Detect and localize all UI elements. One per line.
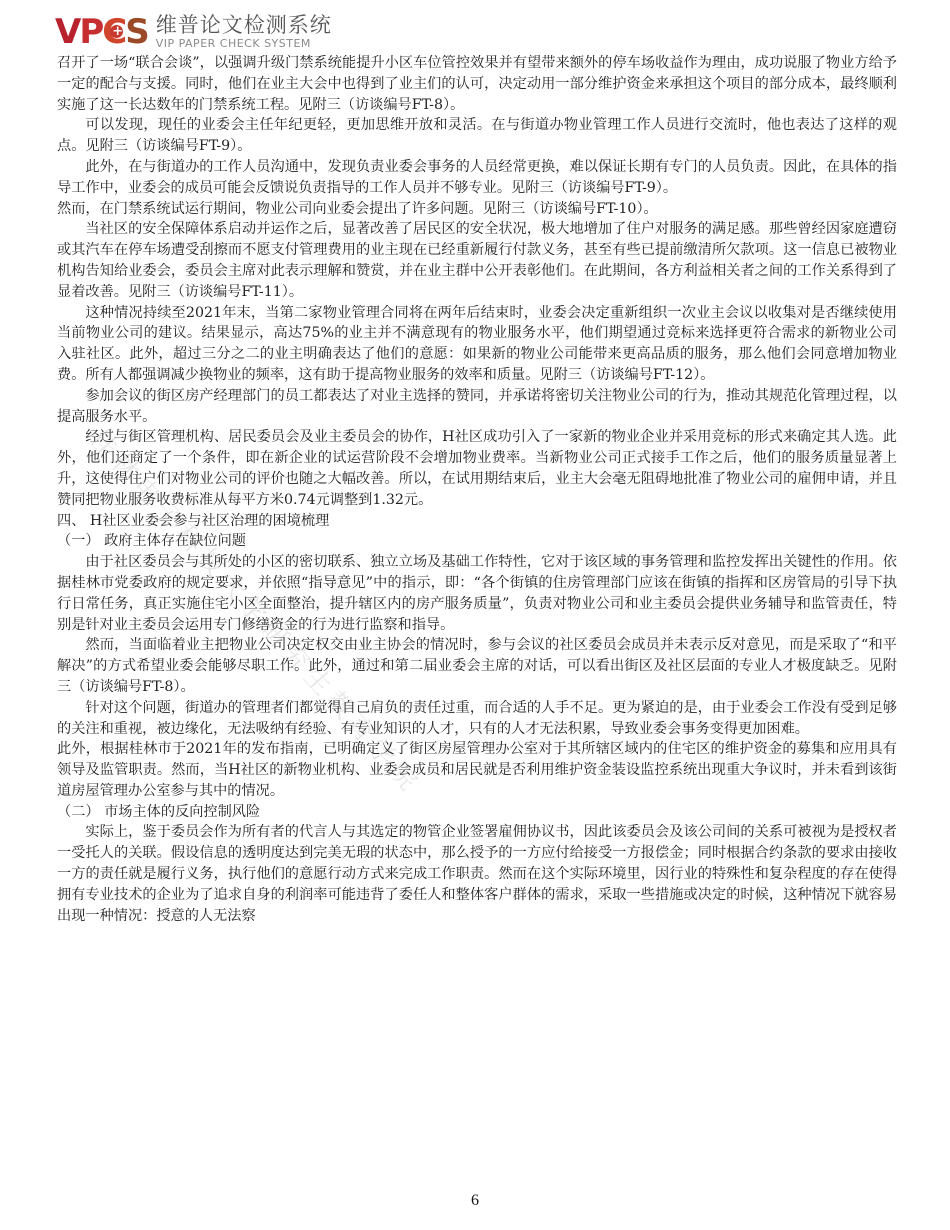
logo-text: 维普论文检测系统 VIP PAPER CHECK SYSTEM xyxy=(156,15,332,49)
page-number: 6 xyxy=(0,1192,950,1210)
logo-title-cn: 维普论文检测系统 xyxy=(156,15,332,36)
paragraph: 然而，在门禁系统试运行期间，物业公司向业委会提出了许多问题。见附三（访谈编号FT… xyxy=(57,199,897,220)
paragraph: 可以发现，现任的业委会主任年纪更轻，更加思维开放和灵活。在与街道办物业管理工作人… xyxy=(57,115,897,157)
paragraph: 参加会议的街区房产经理部门的员工都表达了对业主选择的赞同，并承诺将密切关注物业公… xyxy=(57,386,897,428)
paragraph: 然而，当面临着业主把物业公司决定权交由业主协会的情况时，参与会议的社区委员会成员… xyxy=(57,635,897,697)
paragraph: 经过与街区管理机构、居民委员会及业主委员会的协作，H社区成功引入了一家新的物业企… xyxy=(57,427,897,510)
paragraph: 当社区的安全保障体系启动并运作之后，显著改善了居民区的安全状况，极大地增加了住户… xyxy=(57,219,897,302)
vpcs-logo-icon: V P C+ S xyxy=(55,12,148,52)
paragraph: 此外，在与街道办的工作人员沟通中，发现负责业委会事务的人员经常更换，难以保证长期… xyxy=(57,157,897,199)
logo-title-en: VIP PAPER CHECK SYSTEM xyxy=(156,38,332,49)
logo-letter-s: S xyxy=(125,12,148,52)
logo-letter-p: P xyxy=(79,12,102,52)
logo-letter-v: V xyxy=(55,12,79,52)
logo-letter-c: C+ xyxy=(102,12,125,52)
document-body: 召开了一场“联合会谈”，以强调升级门禁系统能提升小区车位管控效果并有望带来额外的… xyxy=(57,53,897,926)
paragraph: 此外，根据桂林市于2021年的发布指南，已明确定义了街区房屋管理办公室对于其所辖… xyxy=(57,739,897,801)
header-logo: V P C+ S 维普论文检测系统 VIP PAPER CHECK SYSTEM xyxy=(55,12,332,52)
paragraph: 由于社区委员会与其所处的小区的密切联系、独立立场及基础工作特性，它对于该区域的事… xyxy=(57,552,897,635)
paragraph: 针对这个问题，街道办的管理者们都觉得自己肩负的责任过重，而合适的人手不足。更为紧… xyxy=(57,698,897,740)
paragraph: 实际上，鉴于委员会作为所有者的代言人与其选定的物管企业签署雇佣协议书，因此该委员… xyxy=(57,822,897,926)
section-heading: 四、 H社区业委会参与社区治理的困境梳理 xyxy=(57,511,897,532)
paragraph: 这种情况持续至2021年末，当第二家物业管理合同将在两年后结束时，业委会决定重新… xyxy=(57,303,897,386)
subsection-heading: （一） 政府主体存在缺位问题 xyxy=(57,531,897,552)
subsection-heading: （二） 市场主体的反向控制风险 xyxy=(57,802,897,823)
paragraph: 召开了一场“联合会谈”，以强调升级门禁系统能提升小区车位管控效果并有望带来额外的… xyxy=(57,53,897,115)
